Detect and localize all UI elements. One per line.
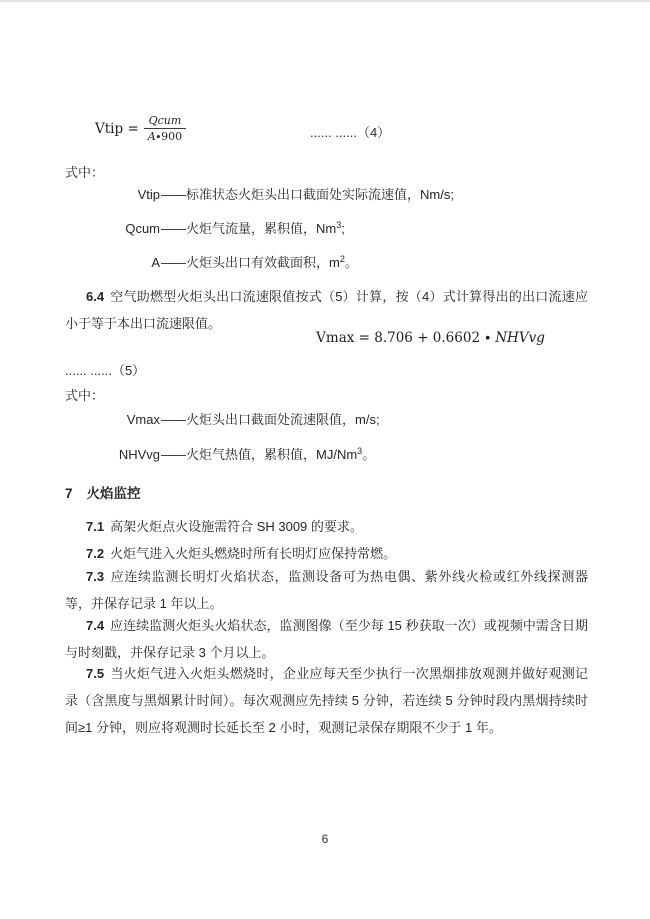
clause-text: 当火炬气进入火炬头燃烧时，企业应每天至少执行一次黑烟排放观测并做好观测记录（含黑…	[65, 666, 588, 735]
clause-number: 7.2	[86, 546, 104, 561]
clause-number: 7.4	[86, 618, 104, 633]
page-number: 6	[0, 832, 650, 846]
denominator-constant: ∙900	[156, 130, 182, 143]
where-label-2: 式中：	[65, 385, 588, 404]
definition-nhvvg: NHVvg —— 火炬气热值，累积值，MJ/Nm3。	[65, 447, 588, 464]
definition-dash: ——	[161, 187, 185, 203]
definition-desc: 标准状态火炬头出口截面处实际流速值，Nm/s;	[186, 187, 454, 204]
clause-text: 空气助燃型火炬头出口流速限值按式（5）计算，按（4）式计算得出的出口流速应小于等…	[65, 289, 588, 331]
fraction-denominator: A∙900	[144, 128, 186, 143]
definition-vtip: Vtip —— 标准状态火炬头出口截面处实际流速值，Nm/s;	[65, 187, 588, 204]
definition-term: Vtip	[65, 187, 160, 203]
document-page: Vtip = Qcum A∙900 ...... ......（4） 式中： V…	[0, 0, 650, 919]
definition-term: Vmax	[65, 412, 160, 428]
definition-term: Qcum	[65, 221, 160, 237]
definition-dash: ——	[161, 412, 185, 428]
equation-5-variable: NHVvg	[495, 330, 545, 346]
clause-text: 高架火炬点火设施需符合 SH 3009 的要求。	[110, 519, 363, 534]
definition-desc: 火炬头出口截面处流速限值，m/s;	[186, 412, 380, 429]
equation-5-constants: = 8.706 + 0.6602 ∙	[354, 330, 495, 346]
definition-dash: ——	[161, 447, 185, 463]
equation-5-lhs: Vmax	[316, 330, 354, 346]
equation-4-variable: Vtip	[95, 121, 123, 137]
definition-a: A —— 火炬头出口有效截面积，m2。	[65, 255, 588, 272]
definition-term: A	[65, 255, 160, 271]
clause-number: 7.1	[86, 519, 104, 534]
equals-sign: =	[127, 121, 138, 137]
where-label-1: 式中：	[65, 162, 588, 181]
denominator-variable: A	[148, 130, 156, 143]
clause-7-4: 7.4应连续监测火炬头火焰状态，监测图像（至少每 15 秒获取一次）或视频中需含…	[65, 612, 588, 666]
clause-7-5: 7.5当火炬气进入火炬头燃烧时，企业应每天至少执行一次黑烟排放观测并做好观测记录…	[65, 660, 588, 741]
clause-text: 火炬气进入火炬头燃烧时所有长明灯应保持常燃。	[110, 546, 396, 561]
clause-7-1: 7.1高架火炬点火设施需符合 SH 3009 的要求。	[65, 513, 588, 540]
equation-5-number: ...... ......（5）	[65, 360, 588, 379]
definition-qcum: Qcum —— 火炬气流量，累积值，Nm3;	[65, 221, 588, 238]
clause-number: 7.5	[86, 666, 104, 681]
equation-4-number: ...... ......（4）	[310, 122, 390, 141]
clause-6-4: 6.4空气助燃型火炬头出口流速限值按式（5）计算，按（4）式计算得出的出口流速应…	[65, 283, 588, 337]
section-number: 7	[65, 486, 73, 501]
equation-5: Vmax = 8.706 + 0.6602 ∙ NHVvg	[65, 330, 650, 346]
definition-desc: 火炬气热值，累积值，MJ/Nm3。	[186, 447, 375, 464]
definition-dash: ——	[161, 221, 185, 237]
equation-4-lhs: Vtip =	[95, 121, 139, 137]
equation-4-fraction: Qcum A∙900	[144, 114, 186, 143]
definition-term: NHVvg	[65, 447, 160, 463]
section-7-heading: 7火焰监控	[65, 482, 588, 502]
fraction-numerator: Qcum	[144, 114, 186, 128]
equation-4: Vtip = Qcum A∙900 ...... ......（4）	[65, 114, 588, 143]
clause-text: 应连续监测火炬头火焰状态，监测图像（至少每 15 秒获取一次）或视频中需含日期与…	[65, 618, 588, 660]
definition-vmax: Vmax —— 火炬头出口截面处流速限值，m/s;	[65, 412, 588, 429]
definition-desc: 火炬气流量，累积值，Nm3;	[186, 221, 345, 238]
clause-number: 6.4	[86, 289, 104, 304]
section-title: 火焰监控	[87, 486, 141, 501]
clause-number: 7.3	[86, 569, 104, 584]
definition-dash: ——	[161, 255, 185, 271]
clause-text: 应连续监测长明灯火焰状态，监测设备可为热电偶、紫外线火检或红外线探测器等，并保存…	[65, 569, 588, 611]
definition-desc: 火炬头出口有效截面积，m2。	[186, 255, 358, 272]
clause-7-3: 7.3应连续监测长明灯火焰状态，监测设备可为热电偶、紫外线火检或红外线探测器等，…	[65, 563, 588, 617]
